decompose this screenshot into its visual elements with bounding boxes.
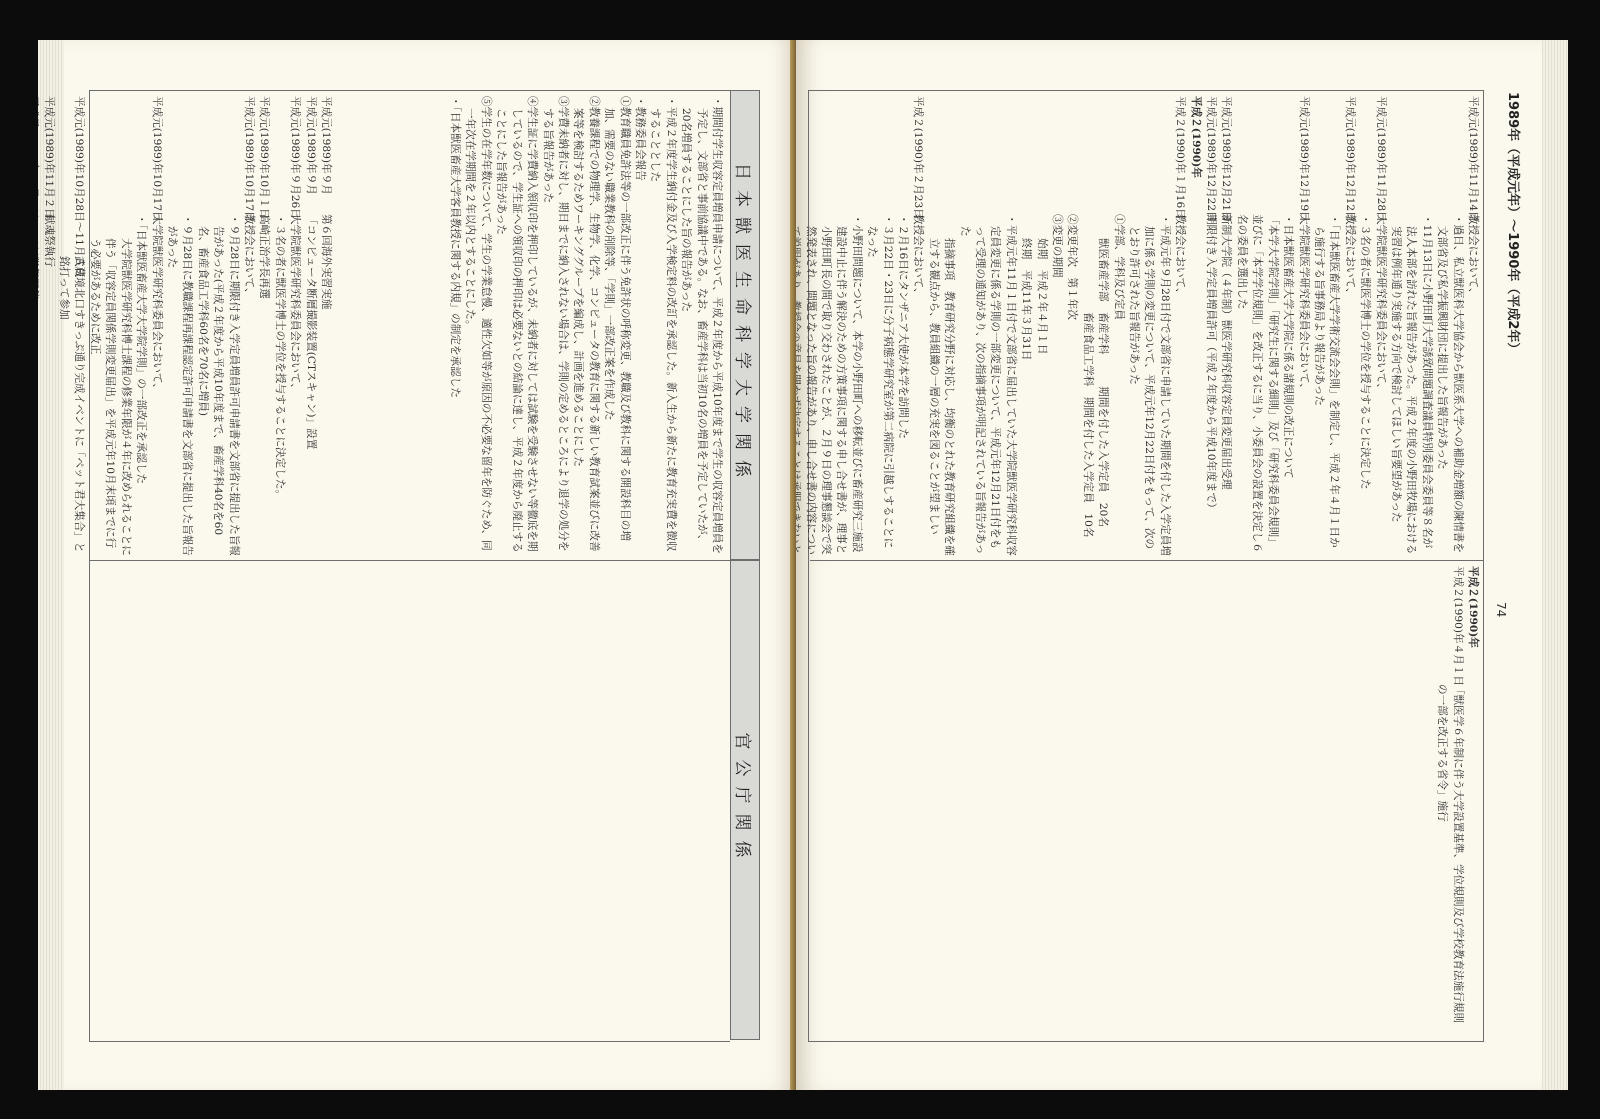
government-entries: 平成２(1990)年 平成２(1990)年４月１日「獣医学６年制に伴う大学設置基… — [1434, 566, 1480, 1026]
entry: 平成元(1989)年９月「コンピュータ断層撮影装置(CTスキャン)」設置 — [302, 96, 317, 556]
year-heading: 平成２(1990)年 — [1465, 566, 1480, 1026]
page-number: 74 — [1494, 602, 1508, 617]
entry: 平成元(1989)年10月１日高崎正治学長再選 — [256, 96, 271, 556]
entry: 平成元(1989)年11月28日大学院獣医学研究科委員会において、・３名の者に獣… — [1357, 96, 1388, 556]
right-page: 平成元(1989)年11月14日教授会において、・過日、私立獣医科大学協会から獣… — [796, 40, 1568, 1090]
entry: 平成元(1989)年12月21日新制大学院（４年制）獣医学研究科収容定員変更届出… — [1218, 96, 1233, 556]
entry: 平成元(1989)年12月19日大学院獣医学研究科委員会において、・日本獣医畜産… — [1234, 96, 1311, 556]
section-header-university: 日本獣医生命科学大学関係 — [730, 90, 760, 560]
entry: 平成２(1990)年１月16日 教授会において、・平成元年９月28日付で文部省に… — [925, 96, 1187, 556]
entry: 平成元(1989)年12月12日教授会において、・「日本獣医畜産大学学術交流会会… — [1311, 96, 1357, 556]
university-entries: 平成元(1989)年11月14日教授会において、・過日、私立獣医科大学協会から獣… — [796, 96, 1480, 556]
entry: 平成２(1990)年２月23日 教授会において、・２月16日にタンザニア大使が本… — [796, 96, 925, 556]
entry: ・期間付学生収容定員増員申請について、平成２年度から平成10年度まで学生の収容定… — [447, 96, 724, 556]
entry: 平成元(1989)年10月17日教授会において、・９月28日に期限付き入学定員増… — [164, 96, 256, 556]
university-entries: ・期間付学生収容定員増員申請について、平成２年度から平成10年度まで学生の収容定… — [447, 96, 724, 556]
column-divider — [810, 560, 1484, 561]
open-book: 日本獣医生命科学大学関係 官公庁関係 ・期間付学生収容定員増員申請について、平成… — [38, 40, 1568, 1090]
year-heading: 平成２(1990)年 — [1187, 96, 1202, 556]
entry: 平成２(1990)年４月１日「獣医学６年制に伴う大学設置基準、学位規則及び学校教… — [1434, 566, 1465, 1026]
entry: 平成元(1989)年９月第６回海外実習実施 — [318, 96, 333, 556]
entry: 平成元(1989)年11月14日教授会において、・過日、私立獣医科大学協会から獣… — [1388, 96, 1480, 556]
entry: 平成元(1989)年９月26日大学院獣医学研究科委員会において、・３名の者に獣医… — [271, 96, 302, 556]
left-page: 日本獣医生命科学大学関係 官公庁関係 ・期間付学生収容定員増員申請について、平成… — [38, 40, 796, 1090]
entry: 平成元(1989)年12月22日期限付き入学定員増員許可（平成２年度から平成10… — [1203, 96, 1218, 556]
entry: 平成元(1989)年10月28日～11月５日武蔵境北口すきっぷ通り完成イベントに… — [56, 96, 87, 556]
column-divider — [90, 560, 760, 561]
entry: 平成元(1989)年11月２日献魂祭執行 — [40, 96, 55, 556]
running-header: 1989年（平成元年）～1990年（平成2年） — [1505, 92, 1524, 355]
section-header-government: 官公庁関係 — [730, 560, 760, 1040]
entry: 平成元(1989)年10月17日大学院獣医学研究科委員会において、・「日本獣医畜… — [87, 96, 164, 556]
entry: 平成元(1989)年11月２日～６日日獣祭開催 — [38, 96, 40, 556]
